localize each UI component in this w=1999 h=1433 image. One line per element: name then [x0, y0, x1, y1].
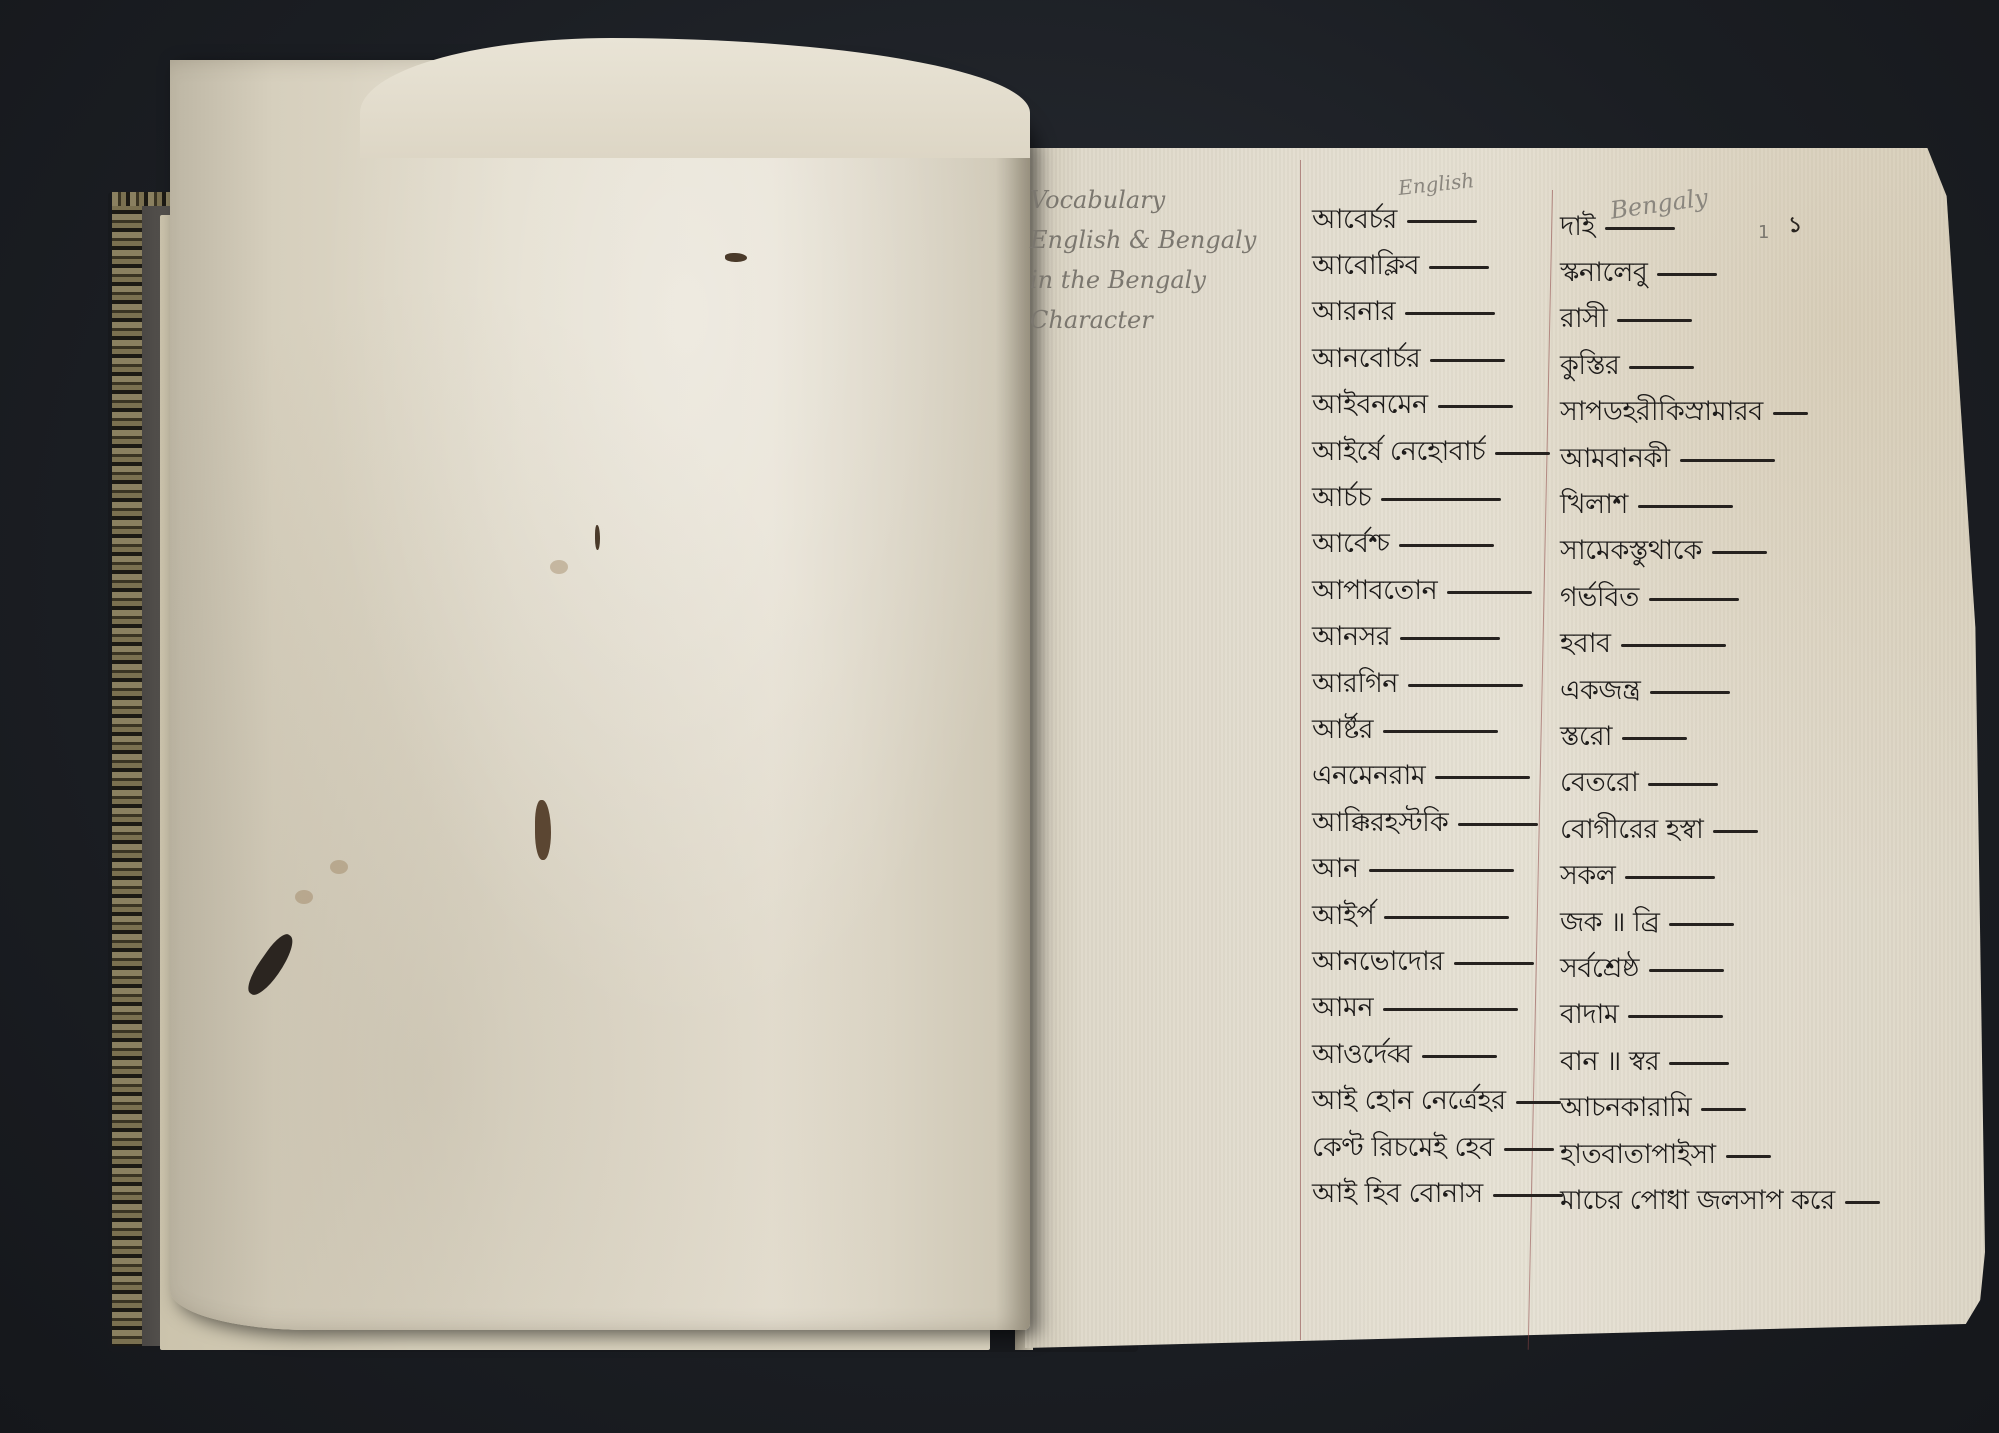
- entry-dash: [1649, 969, 1724, 972]
- entry-dash: [1408, 684, 1523, 687]
- entry-dash: [1625, 876, 1715, 879]
- ink-stain: [725, 253, 747, 262]
- vocab-entry: আই হিব বোনাস: [1312, 1172, 1563, 1218]
- vocab-entry: গর্ভবিত: [1560, 576, 1880, 622]
- ink-stain: [595, 525, 600, 550]
- entry-dash: [1458, 823, 1538, 826]
- vocab-entry: আক্কিরহস্টকি: [1312, 801, 1563, 847]
- vocab-entry: আনভোদোর: [1312, 940, 1563, 986]
- vocab-entry: আরগিন: [1312, 662, 1563, 708]
- entry-dash: [1429, 266, 1489, 269]
- entry-dash: [1669, 923, 1734, 926]
- vocab-entry: আবেৰ্চর: [1312, 198, 1563, 244]
- vocab-entry: কুস্তির: [1560, 344, 1880, 390]
- pencil-note-line: Vocabulary: [1030, 180, 1300, 220]
- entry-dash: [1369, 869, 1514, 872]
- entry-dash: [1399, 544, 1494, 547]
- entry-dash: [1680, 459, 1775, 462]
- vocab-entry: আবোক্লিব: [1312, 244, 1563, 290]
- bengali-word-column: দাই স্কনালেবু রাসী কুস্তির সাপডহরীকিস্রা…: [1560, 205, 1880, 1226]
- entry-dash: [1617, 319, 1692, 322]
- pencil-note-line: Character: [1030, 300, 1300, 340]
- vocab-entry: খিলাশ: [1560, 483, 1880, 529]
- vocab-entry: বান ॥ স্বর: [1560, 1040, 1880, 1086]
- pencil-note-line: in the Bengaly: [1030, 260, 1300, 300]
- vocab-entry: সামেকস্তুথাকে: [1560, 530, 1880, 576]
- entry-dash: [1516, 1101, 1561, 1104]
- entry-dash: [1430, 359, 1505, 362]
- entry-dash: [1383, 730, 1498, 733]
- vocab-entry: আনবোৰ্চর: [1312, 337, 1563, 383]
- vocab-entry: আইর্ষে নেহোবাৰ্চ: [1312, 430, 1563, 476]
- vocab-entry: আমন: [1312, 987, 1563, 1033]
- entry-dash: [1622, 737, 1687, 740]
- curled-blank-page[interactable]: [170, 60, 1030, 1330]
- vocab-entry: বোগীরের হস্বা: [1560, 808, 1880, 854]
- vocab-entry: আরনার: [1312, 291, 1563, 337]
- entry-dash: [1447, 591, 1532, 594]
- entry-dash: [1605, 227, 1675, 230]
- entry-dash: [1650, 691, 1730, 694]
- vocab-entry: আন: [1312, 847, 1563, 893]
- entry-dash: [1701, 1108, 1746, 1111]
- vocab-entry: এনমেনরাম: [1312, 755, 1563, 801]
- vocab-entry: দাই: [1560, 205, 1880, 251]
- vocab-entry: আই হোন নের্ত্রেহর: [1312, 1079, 1563, 1125]
- vocab-entry: আপাবতোন: [1312, 569, 1563, 615]
- entry-dash: [1712, 551, 1767, 554]
- entry-dash: [1648, 783, 1718, 786]
- vocab-entry: বাদাম: [1560, 994, 1880, 1040]
- entry-dash: [1438, 405, 1513, 408]
- vocab-entry: বেতরো: [1560, 762, 1880, 808]
- foxing-spot: [550, 560, 568, 574]
- foxing-spot: [295, 890, 313, 904]
- vocab-entry: আচনকারামি: [1560, 1086, 1880, 1132]
- entry-dash: [1495, 452, 1550, 455]
- vocab-entry: আৰ্চচ: [1312, 476, 1563, 522]
- vocab-entry: আৰ্বেশ্চ: [1312, 523, 1563, 569]
- entry-dash: [1713, 830, 1758, 833]
- ruled-margin-line: [1300, 160, 1301, 1340]
- pencil-note-line: English & Bengaly: [1030, 220, 1300, 260]
- vocab-entry: আনসর: [1312, 616, 1563, 662]
- vocab-entry: কেণ্ট রিচমেই হেব: [1312, 1126, 1563, 1172]
- entry-dash: [1638, 505, 1733, 508]
- vocab-entry: আমবানকী: [1560, 437, 1880, 483]
- vocab-entry: রাসী: [1560, 298, 1880, 344]
- entry-dash: [1649, 598, 1739, 601]
- vocab-entry: সকল: [1560, 854, 1880, 900]
- vocab-entry: আইর্প: [1312, 894, 1563, 940]
- entry-dash: [1381, 498, 1501, 501]
- entry-dash: [1383, 1008, 1518, 1011]
- entry-dash: [1405, 312, 1495, 315]
- vocab-entry: হবাব: [1560, 623, 1880, 669]
- vocab-entry: আৰ্ষ্টর: [1312, 708, 1563, 754]
- vocab-entry: সর্বশ্রেষ্ঠ: [1560, 947, 1880, 993]
- curled-page-top: [360, 38, 1030, 158]
- vocab-entry: স্তরো: [1560, 715, 1880, 761]
- entry-dash: [1657, 273, 1717, 276]
- vocab-entry: আওর্দেব্ব: [1312, 1033, 1563, 1079]
- english-word-column: আবেৰ্চর আবোক্লিব আরনার আনবোৰ্চর আইবনমেন …: [1312, 198, 1563, 1219]
- foxing-spot: [330, 860, 348, 874]
- entry-dash: [1407, 220, 1477, 223]
- cover-decorative-border: [112, 196, 144, 1346]
- entry-dash: [1422, 1055, 1497, 1058]
- entry-dash: [1384, 916, 1509, 919]
- vocab-entry: জক ॥ ব্রি: [1560, 901, 1880, 947]
- entry-dash: [1669, 1062, 1729, 1065]
- vocab-entry: মাচের পোধা জলসাপ করে: [1560, 1179, 1880, 1225]
- entry-dash: [1845, 1201, 1880, 1204]
- vocab-entry: একজন্ত্র: [1560, 669, 1880, 715]
- entry-dash: [1400, 637, 1500, 640]
- vocab-entry: স্কনালেবু: [1560, 251, 1880, 297]
- pencil-title-note: Vocabulary English & Bengaly in the Beng…: [1030, 180, 1300, 340]
- entry-dash: [1454, 962, 1534, 965]
- entry-dash: [1493, 1194, 1563, 1197]
- entry-dash: [1726, 1155, 1771, 1158]
- vocab-entry: সাপডহরীকিস্রামারব: [1560, 391, 1880, 437]
- entry-dash: [1773, 412, 1808, 415]
- vocab-entry: আইবনমেন: [1312, 384, 1563, 430]
- entry-dash: [1435, 776, 1530, 779]
- entry-dash: [1628, 1015, 1723, 1018]
- entry-dash: [1621, 644, 1726, 647]
- entry-dash: [1629, 366, 1694, 369]
- vocab-entry: হাতবাতাপাইসা: [1560, 1133, 1880, 1179]
- entry-dash: [1504, 1148, 1554, 1151]
